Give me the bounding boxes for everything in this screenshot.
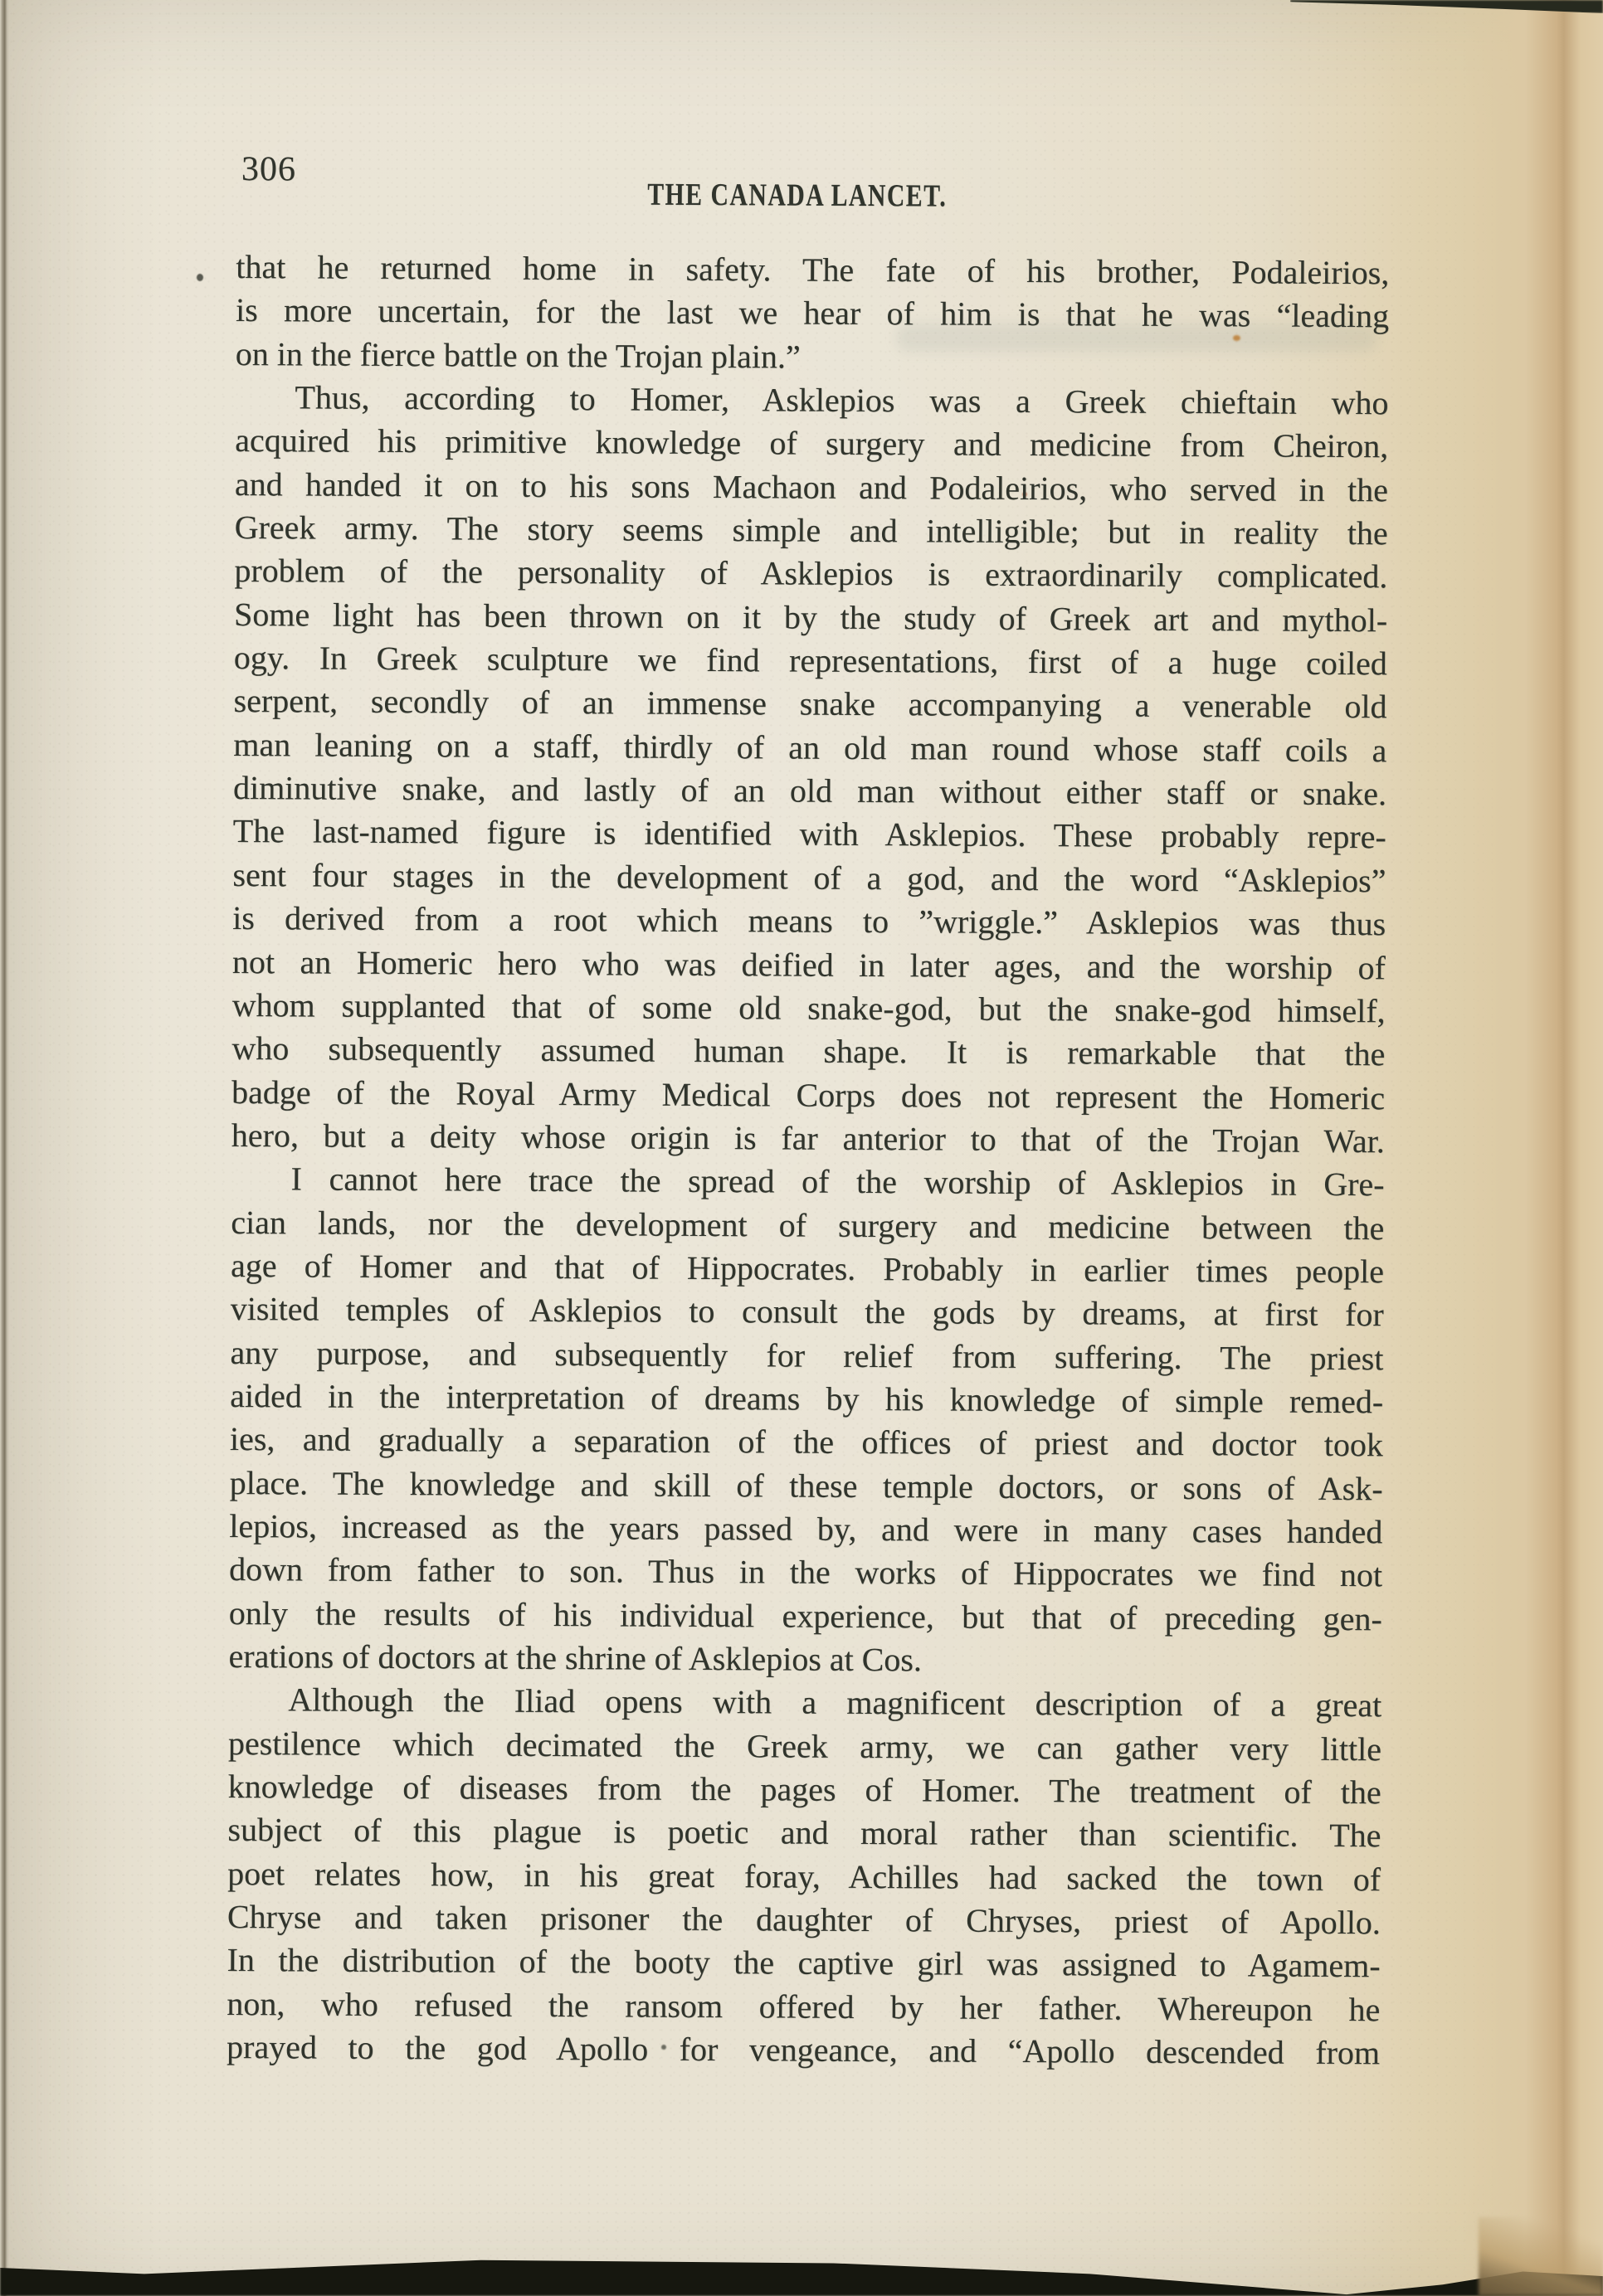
text-line: not an Homeric hero who was deified in l… [232,940,1386,990]
text-line: only the results of his individual exper… [229,1592,1382,1642]
running-header: THE CANADA LANCET. [647,179,947,212]
text-line: visited temples of Asklepios to consult … [231,1287,1384,1337]
text-line: hero, but a deity whose origin is far an… [231,1114,1385,1164]
text-line: Some light has been thrown on it by the … [234,593,1387,643]
text-line: diminutive snake, and lastly of an old m… [233,766,1386,816]
body-text: that he returned home in safety. The fat… [227,246,1389,2075]
page-left-crease [0,0,9,2296]
printed-content: 306 THE CANADA LANCET. that he returned … [226,0,1391,2162]
scan-corner-curl [1479,2217,1603,2296]
text-line: acquired his primitive knowledge of surg… [235,419,1388,469]
text-line: erations of doctors at the shrine of Ask… [228,1635,1381,1685]
text-line: ogy. In Greek sculpture we find represen… [234,636,1387,686]
text-line: cian lands, nor the development of surge… [231,1201,1384,1251]
text-line: man leaning on a staff, thirdly of an ol… [233,723,1386,773]
text-line: and handed it on to his sons Machaon and… [235,463,1388,513]
text-line: age of Homer and that of Hippocrates. Pr… [231,1244,1384,1294]
text-line: whom supplanted that of some old snake-g… [232,984,1386,1034]
text-line: down from father to son. Thus in the wor… [229,1548,1382,1598]
text-line: poet relates how, in his great foray, Ac… [227,1852,1381,1902]
text-line: Greek army. The story seems simple and i… [235,506,1388,556]
text-line: problem of the personality of Asklepios … [234,549,1387,599]
text-line: lepios, increased as the years passed by… [229,1505,1382,1554]
text-line: non, who refused the ransom offered by h… [227,1982,1380,2032]
text-line: subject of this plague is poetic and mor… [227,1808,1381,1858]
page-right-curl [1373,0,1603,2296]
page-number: 306 [241,152,296,187]
text-line: Chryse and taken prisoner the daughter o… [227,1895,1381,1945]
text-line: place. The knowledge and skill of these … [230,1462,1383,1511]
text-line: knowledge of diseases from the pages of … [228,1765,1381,1815]
text-line: on in the fierce battle on the Trojan pl… [236,333,1389,382]
text-line: is derived from a root which means to ”w… [232,897,1386,946]
text-line: prayed to the god Apollo for vengeance, … [227,2026,1380,2075]
text-line: badge of the Royal Army Medical Corps do… [231,1071,1385,1121]
text-line: Although the Iliad opens with a magnific… [228,1678,1381,1728]
text-line: is more uncertain, for the last we hear … [236,289,1389,338]
scan-bottom-shadow [0,2258,1603,2296]
text-line: In the distribution of the booty the cap… [227,1938,1380,1988]
text-line: that he returned home in safety. The fat… [236,246,1389,295]
text-line: serpent, secondly of an immense snake ac… [233,679,1386,729]
ink-speck [197,274,203,281]
text-line: aided in the interpretation of dreams by… [230,1374,1383,1424]
text-line: sent four stages in the development of a… [232,854,1386,903]
text-line: I cannot here trace the spread of the wo… [231,1157,1384,1207]
text-line: who subsequently assumed human shape. It… [231,1027,1385,1077]
text-line: pestilence which decimated the Greek arm… [228,1722,1381,1772]
text-line: ies, and gradually a separation of the o… [230,1418,1383,1467]
text-line: Thus, according to Homer, Asklepios was … [235,376,1388,426]
book-page-scan: 306 THE CANADA LANCET. that he returned … [0,0,1603,2296]
text-line: The last-named figure is identified with… [233,810,1386,859]
text-line: any purpose, and subsequently for relief… [230,1331,1383,1381]
